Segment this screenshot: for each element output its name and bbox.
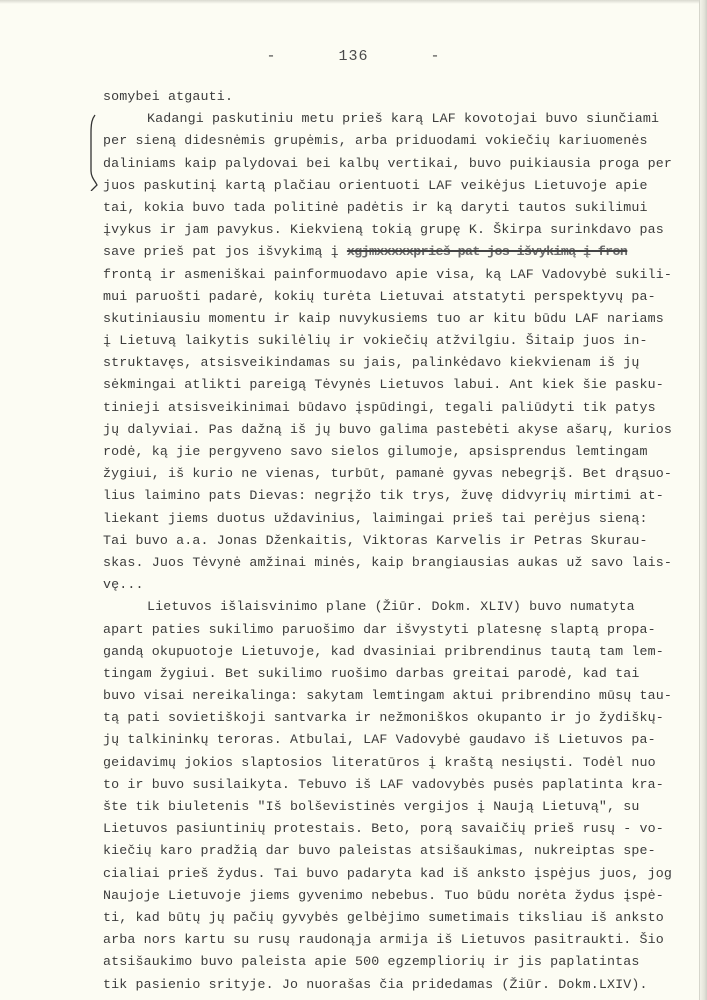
text-line: sėkmingai atlikti pareigą Tėvynės Lietuv… — [103, 374, 703, 396]
line-text: Lietuvos pasiuntinių protestais. Beto, p… — [103, 821, 664, 836]
text-line: lius laimino pats Dievas: negrįžo tik tr… — [103, 485, 703, 507]
line-text: jų talkininkų teroras. Atbulai, LAF Vado… — [103, 732, 656, 747]
line-text: cialiai prieš žydus. Tai buvo padaryta k… — [103, 866, 672, 881]
line-text: tą pati sovietiškoji santvarka ir nežmon… — [103, 710, 664, 725]
text-line: buvo visai nereikalinga: sakytam lemting… — [103, 685, 703, 707]
text-line: į Lietuvą laikytis sukilėlių ir vokiečių… — [103, 330, 703, 352]
text-line: gandą okupuotoje Lietuvoje, kad dvasinia… — [103, 641, 703, 663]
line-text: somybei atgauti. — [103, 89, 233, 104]
text-line: jų dalyviai. Pas dažną iš jų buvo galima… — [103, 419, 703, 441]
text-line: jų talkininkų teroras. Atbulai, LAF Vado… — [103, 729, 703, 751]
text-line: apart paties sukilimo paruošimo dar išvy… — [103, 619, 703, 641]
text-line: mui paruošti padarė, kokių turėta Lietuv… — [103, 286, 703, 308]
text-line: to ir buvo susilaikyta. Tebuvo iš LAF va… — [103, 774, 703, 796]
line-text: mui paruošti padarė, kokių turėta Lietuv… — [103, 289, 656, 304]
line-text: žygiui, iš kurio ne vienas, turbūt, pama… — [103, 466, 672, 481]
text-line: Naujoje Lietuvoje jiems gyvenimo nebebus… — [103, 885, 703, 907]
text-line: skutiniausiu momentu ir kaip nuvykusiems… — [103, 308, 703, 330]
line-text: vę... — [103, 577, 144, 592]
line-text: ti, kad būtų jų pačių gyvybės gelbėjimo … — [103, 910, 664, 925]
line-text: arba nors kartu su rusų raudonąja armija… — [103, 932, 664, 947]
text-line: somybei atgauti. — [103, 86, 703, 108]
page-top-edge — [0, 0, 707, 4]
text-line: Tai buvo a.a. Jonas Dženkaitis, Viktoras… — [103, 530, 703, 552]
line-text: Kadangi paskutiniu metu prieš karą LAF k… — [147, 111, 659, 126]
line-text: jų dalyviai. Pas dažną iš jų buvo galima… — [103, 422, 672, 437]
text-line: tinieji atsisveikinimai būdavo įspūdingi… — [103, 397, 703, 419]
text-line: įvykus ir jam pavykus. Kiekvieną tokią g… — [103, 219, 703, 241]
text-line: save prieš pat jos išvykimą į xgjmxxxxxp… — [103, 241, 703, 263]
line-text: to ir buvo susilaikyta. Tebuvo iš LAF va… — [103, 777, 664, 792]
line-text: tik pasienio srityje. Jo nuorašas čia pr… — [103, 977, 648, 992]
text-line: liekant jiems duotus uždavinius, laiming… — [103, 508, 703, 530]
text-line: geidavimų jokios slaptosios literatūros … — [103, 752, 703, 774]
text-line: kiečių karo pradžią dar buvo paleistas a… — [103, 840, 703, 862]
line-text: struktavęs, atsisveikindamas su jais, pa… — [103, 355, 640, 370]
line-text: tingam žygiui. Bet sukilimo ruošimo darb… — [103, 666, 640, 681]
text-line: tingam žygiui. Bet sukilimo ruošimo darb… — [103, 663, 703, 685]
line-text: į Lietuvą laikytis sukilėlių ir vokiečių… — [103, 333, 648, 348]
text-line: žygiui, iš kurio ne vienas, turbūt, pama… — [103, 463, 703, 485]
line-text: Lietuvos išlaisvinimo plane (Žiūr. Dokm.… — [147, 599, 635, 614]
text-line: Kadangi paskutiniu metu prieš karą LAF k… — [103, 108, 703, 130]
text-line: Lietuvos išlaisvinimo plane (Žiūr. Dokm.… — [103, 596, 703, 618]
document-body: somybei atgauti.Kadangi paskutiniu metu … — [103, 86, 703, 996]
text-line: ti, kad būtų jų pačių gyvybės gelbėjimo … — [103, 907, 703, 929]
line-text: per sieną didesnėmis grupėmis, arba prid… — [103, 133, 648, 148]
line-text: šte tik biuletenis "Iš bolševistinės ver… — [103, 799, 640, 814]
text-line: vę... — [103, 574, 703, 596]
line-text: atsišaukimo buvo paleista apie 500 egzem… — [103, 954, 640, 969]
line-text: Tai buvo a.a. Jonas Dženkaitis, Viktoras… — [103, 533, 648, 548]
text-line: tą pati sovietiškoji santvarka ir nežmon… — [103, 707, 703, 729]
line-text: daliniams kaip palydovai bei kalbų verti… — [103, 156, 672, 171]
line-text: apart paties sukilimo paruošimo dar išvy… — [103, 622, 656, 637]
text-line: tik pasienio srityje. Jo nuorašas čia pr… — [103, 974, 703, 996]
text-line: tai, kokia buvo tada politinė padėtis ir… — [103, 197, 703, 219]
line-text: lius laimino pats Dievas: negrįžo tik tr… — [103, 488, 664, 503]
struck-out-text: xgjmxxxxxprieš pat jos išvykimą į fron — [347, 244, 627, 259]
text-line: šte tik biuletenis "Iš bolševistinės ver… — [103, 796, 703, 818]
text-line: atsišaukimo buvo paleista apie 500 egzem… — [103, 951, 703, 973]
line-text: įvykus ir jam pavykus. Kiekvieną tokią g… — [103, 222, 664, 237]
line-text: sėkmingai atlikti pareigą Tėvynės Lietuv… — [103, 377, 664, 392]
text-line: frontą ir asmeniškai painformuodavo apie… — [103, 264, 703, 286]
page-number-value: 136 — [338, 48, 368, 65]
line-text: gandą okupuotoje Lietuvoje, kad dvasinia… — [103, 644, 664, 659]
line-text: juos paskutinį kartą plačiau orientuoti … — [103, 178, 648, 193]
line-text: kiečių karo pradžią dar buvo paleistas a… — [103, 843, 656, 858]
text-line: per sieną didesnėmis grupėmis, arba prid… — [103, 130, 703, 152]
line-text: frontą ir asmeniškai painformuodavo apie… — [103, 267, 672, 282]
line-text: Naujoje Lietuvoje jiems gyvenimo nebebus… — [103, 888, 664, 903]
text-line: juos paskutinį kartą plačiau orientuoti … — [103, 175, 703, 197]
line-text: liekant jiems duotus uždavinius, laiming… — [103, 511, 648, 526]
text-line: skas. Juos Tėvynė amžinai minės, kaip br… — [103, 552, 703, 574]
line-text: skas. Juos Tėvynė amžinai minės, kaip br… — [103, 555, 672, 570]
line-text: tinieji atsisveikinimai būdavo įspūdingi… — [103, 400, 656, 415]
text-line: cialiai prieš žydus. Tai buvo padaryta k… — [103, 863, 703, 885]
line-text: save prieš pat jos išvykimą į — [103, 244, 347, 259]
page-number-dash-left: - — [266, 48, 276, 65]
line-text: rodė, ką jie pergyveno savo sielos gilum… — [103, 444, 648, 459]
text-line: rodė, ką jie pergyveno savo sielos gilum… — [103, 441, 703, 463]
line-text: buvo visai nereikalinga: sakytam lemting… — [103, 688, 672, 703]
line-text: tai, kokia buvo tada politinė padėtis ir… — [103, 200, 648, 215]
page-number-dash-right: - — [431, 48, 441, 65]
page-number: - 136 - — [0, 48, 707, 65]
text-line: arba nors kartu su rusų raudonąja armija… — [103, 929, 703, 951]
line-text: skutiniausiu momentu ir kaip nuvykusiems… — [103, 311, 664, 326]
text-line: daliniams kaip palydovai bei kalbų verti… — [103, 153, 703, 175]
text-line: struktavęs, atsisveikindamas su jais, pa… — [103, 352, 703, 374]
text-line: Lietuvos pasiuntinių protestais. Beto, p… — [103, 818, 703, 840]
line-text: geidavimų jokios slaptosios literatūros … — [103, 755, 656, 770]
margin-bracket-mark — [87, 113, 101, 191]
